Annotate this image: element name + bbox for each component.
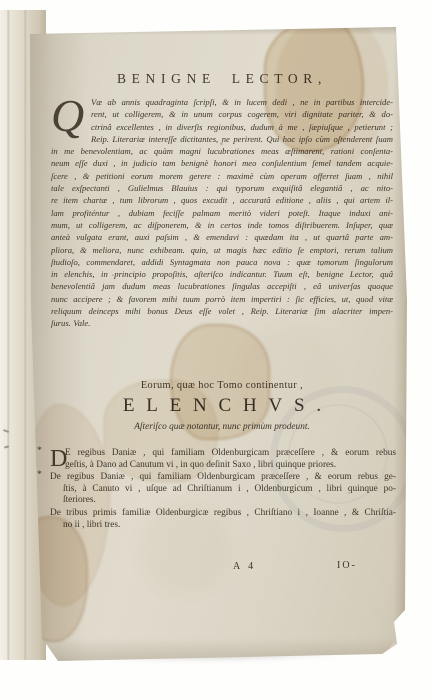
stain-mid-left-tail xyxy=(104,380,218,482)
preface-line: mum, ut colligerem, ac diſponerem, & in … xyxy=(51,219,393,231)
preface-line: tale exſpectanti , Gulielmus Blauius : q… xyxy=(51,182,393,194)
preface-line: benevolentiâ jam dudum meas lucubratione… xyxy=(51,280,393,292)
preface-line: in elenchis, in principio propoſitis, aſ… xyxy=(51,268,393,280)
preface-line: pliora, & meliora, nunc exhibeam. quin, … xyxy=(51,244,393,256)
foxing-spot xyxy=(348,492,350,494)
signature-mark: A 4 xyxy=(233,561,256,572)
catchword: IO- xyxy=(337,560,357,571)
dropcap-initial-q: Q xyxy=(51,96,91,137)
preface-line: nunc accipere ; & favorem mihi tuum porr… xyxy=(51,293,393,305)
book-leaf: BENIGNE LECTOR, Q Væ ab annis quadragint… xyxy=(20,24,412,664)
preface-line: lam profiténtur , dubiam feciſſe palmam … xyxy=(51,207,393,219)
photo-of-book-page: BENIGNE LECTOR, Q Væ ab annis quadragint… xyxy=(0,0,430,700)
preface-line: ſcere , & petitioni eorum morem gerere :… xyxy=(51,170,393,182)
preface-line: reliquum deinceps mihi bonus Deus eſſe v… xyxy=(51,305,393,317)
foxing-spot xyxy=(320,264,323,266)
stain-top-right xyxy=(264,18,364,152)
foxing-spot xyxy=(112,274,114,276)
foxing-spot xyxy=(220,142,223,145)
preface-line: ſtudioſo, commendaret, addidi Syntagmata… xyxy=(51,256,393,268)
preface-line: re item chartæ , tum librorum , quos exc… xyxy=(51,194,393,206)
preface-line: anteà vulgata erant, auxi paſsim , & eme… xyxy=(51,231,393,243)
